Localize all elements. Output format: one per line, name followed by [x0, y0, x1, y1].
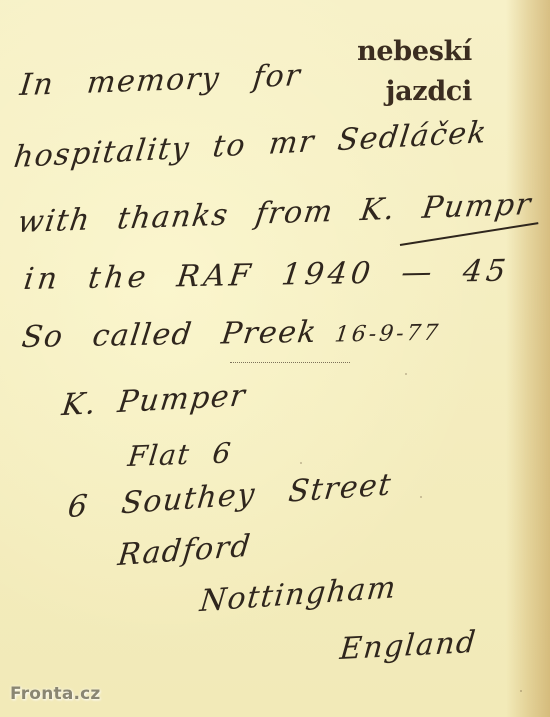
nickname-text: So called Preek [20, 315, 319, 355]
dedication-line-4: in the RAF 1940 — 45 [22, 253, 512, 297]
address-flat: Flat 6 [126, 436, 233, 473]
address-country: England [338, 625, 478, 667]
address-district: Radford [116, 529, 253, 574]
printed-title-line-2: jazdci [386, 78, 472, 105]
dedication-line-5: So called Preek16-9-77 [20, 313, 443, 355]
book-page: nebeskí jazdci In memory for hospitality… [0, 0, 550, 717]
address-street: 6 Southey Street [66, 467, 394, 525]
paper-speck [420, 496, 422, 498]
watermark-logo: Fronta.cz [10, 684, 101, 704]
printed-title-line-1: nebeskí [357, 38, 472, 65]
dedication-line-1: In memory for [18, 58, 303, 103]
nickname-underline [230, 362, 350, 363]
paper-speck [405, 373, 407, 375]
dedication-line-3: with thanks from K. Pumpr [16, 187, 534, 240]
paper-speck [300, 462, 302, 464]
dedication-line-2: hospitality to mr Sedláček [12, 115, 490, 175]
paper-speck [520, 690, 522, 692]
address-city: Nottingham [198, 570, 398, 619]
inscription-date: 16-9-77 [333, 321, 442, 348]
address-name: K. Pumper [60, 378, 248, 423]
